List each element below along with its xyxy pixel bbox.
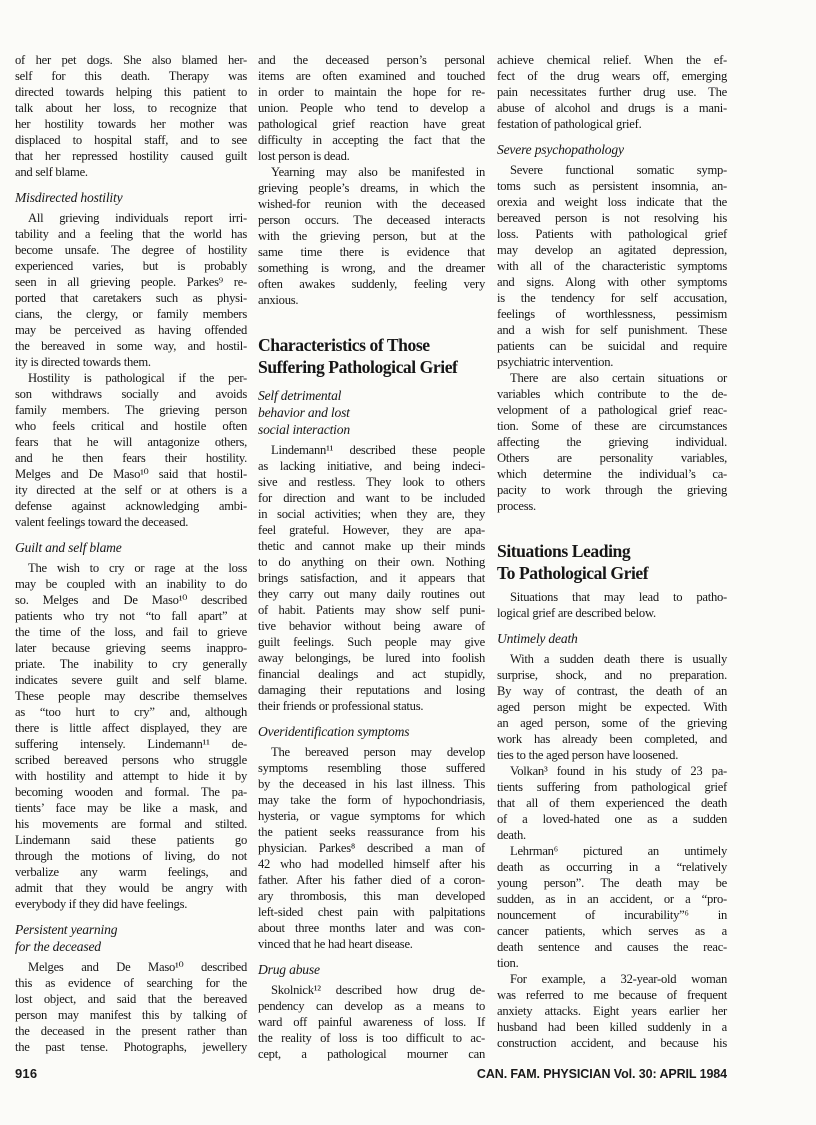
- text-line: person may manifest this by talking of: [15, 1007, 247, 1023]
- text-line: the patient seeks reassurance from his: [258, 824, 485, 840]
- heading-line: Characteristics of Those: [258, 334, 485, 356]
- text-line: Melges and De Maso¹⁰ said that hostil-: [15, 466, 247, 482]
- text-line: tability and a feeling that the world ha…: [15, 226, 247, 242]
- text-line: person occurs. The deceased interacts: [258, 212, 485, 228]
- paragraph: For example, a 32-year-old womanwas refe…: [497, 971, 727, 1051]
- text-line: ported that caretakers such as physi-: [15, 290, 247, 306]
- text-line: death as occurring in a “relatively: [497, 859, 727, 875]
- text-line: The bereaved person may develop: [258, 744, 485, 760]
- text-line: pendency can develop as a means to: [258, 998, 485, 1014]
- text-line: vinced that he had heart disease.: [258, 936, 485, 952]
- paragraph: All grieving individuals report irri-tab…: [15, 210, 247, 370]
- text-line: by the deceased in his last illness. Thi…: [258, 776, 485, 792]
- text-line: tion.: [497, 955, 727, 971]
- text-line: often awakes suddenly, feeling very: [258, 276, 485, 292]
- text-line: in social activities; when they are, the…: [258, 506, 485, 522]
- text-line: fears that he will antagonize others,: [15, 434, 247, 450]
- text-line: as lacking initiative, and being indeci-: [258, 458, 485, 474]
- text-line: By way of contrast, the death of an: [497, 683, 727, 699]
- text-line: death.: [497, 827, 727, 843]
- paragraph: Lehrman⁶ pictured an untimelydeath as oc…: [497, 843, 727, 971]
- text-line: and a wish for self punishment. These: [497, 322, 727, 338]
- paragraph: and the deceased person’s personalitems …: [258, 52, 485, 164]
- text-line: valent feelings toward the deceased.: [15, 514, 247, 530]
- text-line: the bereaved in some way, and hostil-: [15, 338, 247, 354]
- page-footer: 916 CAN. FAM. PHYSICIAN Vol. 30: APRIL 1…: [15, 1066, 727, 1081]
- text-line: nouncement of incurability”⁶ in: [497, 907, 727, 923]
- paragraph: Hostility is pathological if the per-son…: [15, 370, 247, 530]
- text-line: sive and restless. They look to others: [258, 474, 485, 490]
- text-line: grieving people’s dreams, in which the: [258, 180, 485, 196]
- text-line: away belongings, be lured into foolish: [258, 650, 485, 666]
- subheading-line: Overidentification symptoms: [258, 723, 485, 740]
- subheading-line: Guilt and self blame: [15, 539, 247, 556]
- text-line: Others are personality variables,: [497, 450, 727, 466]
- text-line: with the grieving person, but at the: [258, 228, 485, 244]
- text-line: There are also certain situations or: [497, 370, 727, 386]
- text-line: psychiatric intervention.: [497, 354, 727, 370]
- text-line: guilt feelings. Such people may give: [258, 634, 485, 650]
- text-line: items are often examined and touched: [258, 68, 485, 84]
- text-line: with hostility and attempt to hide it by: [15, 768, 247, 784]
- text-line: self for this death. Therapy was: [15, 68, 247, 84]
- text-line: the reality of loss is too difficult to …: [258, 1030, 485, 1046]
- subsection-heading: Persistent yearningfor the deceased: [15, 921, 247, 955]
- text-line: union. People who tend to develop a: [258, 100, 485, 116]
- text-line: may develop an agitated depression,: [497, 242, 727, 258]
- text-line: surprise, shock, and no preparation.: [497, 667, 727, 683]
- text-line: same time there is evidence that: [258, 244, 485, 260]
- text-line: her hostility towards her mother was: [15, 116, 247, 132]
- paragraph: Yearning may also be manifested ingrievi…: [258, 164, 485, 308]
- text-line: process.: [497, 498, 727, 514]
- text-line: may be perceived as having offended: [15, 322, 247, 338]
- text-line: his movements are formal and stilted.: [15, 816, 247, 832]
- subheading-line: Self detrimental: [258, 387, 485, 404]
- text-line: sudden, as in an accident, or a “pro-: [497, 891, 727, 907]
- text-line: damaging their reputations and losing: [258, 682, 485, 698]
- text-line: affecting the grieving individual.: [497, 434, 727, 450]
- text-line: the time of the loss, and fail to grieve: [15, 624, 247, 640]
- text-line: their friends or professional status.: [258, 698, 485, 714]
- text-line: defense against acknowledging ambi-: [15, 498, 247, 514]
- text-line: is the tendency for self accusation,: [497, 290, 727, 306]
- text-line: becoming wooden and formal. The pa-: [15, 784, 247, 800]
- paragraph: achieve chemical relief. When the ef-fec…: [497, 52, 727, 132]
- text-line: cians, the clergy, or family members: [15, 306, 247, 322]
- text-line: they carry out many daily routines out: [258, 586, 485, 602]
- text-line: construction accident, and because his: [497, 1035, 727, 1051]
- text-line: These people may describe themselves: [15, 688, 247, 704]
- text-line: everybody if they did have feelings.: [15, 896, 247, 912]
- text-line: may take the form of hypochondriasis,: [258, 792, 485, 808]
- text-line: ward off painful awareness of loss. If: [258, 1014, 485, 1030]
- heading-line: Situations Leading: [497, 540, 727, 562]
- page-number: 916: [15, 1066, 37, 1081]
- subsection-heading: Severe psychopathology: [497, 141, 727, 158]
- text-line: For example, a 32-year-old woman: [497, 971, 727, 987]
- text-line: work has already been completed, and: [497, 731, 727, 747]
- text-line: that her repressed hostility caused guil…: [15, 148, 247, 164]
- text-line: feel grateful. However, they are apa-: [258, 522, 485, 538]
- text-line: of a loved-hated one as a sudden: [497, 811, 727, 827]
- text-line: the past tense. Photographs, jewellery: [15, 1039, 247, 1055]
- text-line: With a sudden death there is usually: [497, 651, 727, 667]
- paragraph: The wish to cry or rage at the lossmay b…: [15, 560, 247, 912]
- subheading-line: social interaction: [258, 421, 485, 438]
- subheading-line: Misdirected hostility: [15, 189, 247, 206]
- text-line: financial dealings and act stupidly,: [258, 666, 485, 682]
- text-line: and the deceased person’s personal: [258, 52, 485, 68]
- text-line: 42 who had modelled himself after his: [258, 856, 485, 872]
- text-line: may be coupled with an inability to do: [15, 576, 247, 592]
- text-line: variables which contribute to the de-: [497, 386, 727, 402]
- column-left: of her pet dogs. She also blamed her-sel…: [15, 52, 247, 1055]
- text-line: thetic and cannot make up their minds: [258, 538, 485, 554]
- text-line: left-sided chest pain with palpitations: [258, 904, 485, 920]
- text-line: lost person is dead.: [258, 148, 485, 164]
- column-right: achieve chemical relief. When the ef-fec…: [497, 52, 727, 1051]
- text-line: ity is directed towards them.: [15, 354, 247, 370]
- text-line: logical grief are described below.: [497, 605, 727, 621]
- text-line: All grieving individuals report irri-: [15, 210, 247, 226]
- text-line: patients can be suicidal and require: [497, 338, 727, 354]
- subsection-heading: Guilt and self blame: [15, 539, 247, 556]
- text-line: there is little affect displayed, they a…: [15, 720, 247, 736]
- text-line: loss. Patients with pathological grief: [497, 226, 727, 242]
- subheading-line: Severe psychopathology: [497, 141, 727, 158]
- text-line: the deceased in the present rather than: [15, 1023, 247, 1039]
- text-line: and self blame.: [15, 164, 247, 180]
- paragraph: With a sudden death there is usuallysurp…: [497, 651, 727, 763]
- text-line: for direction and want to be included: [258, 490, 485, 506]
- subheading-line: Drug abuse: [258, 961, 485, 978]
- text-line: indicates severe guilt and self blame.: [15, 672, 247, 688]
- text-line: husband had been killed suddenly in a: [497, 1019, 727, 1035]
- text-line: Volkan³ found in his study of 23 pa-: [497, 763, 727, 779]
- text-line: tive behavior without being aware of: [258, 618, 485, 634]
- text-line: velopment of a pathological grief reac-: [497, 402, 727, 418]
- text-line: brings satisfaction, and it appears that: [258, 570, 485, 586]
- subheading-line: for the deceased: [15, 938, 247, 955]
- text-line: physician. Parkes⁸ described a man of: [258, 840, 485, 856]
- text-line: wished-for reunion with the deceased: [258, 196, 485, 212]
- text-line: Lindemann said these patients go: [15, 832, 247, 848]
- text-line: in order to maintain the hope for re-: [258, 84, 485, 100]
- text-line: and signs. Along with other symptoms: [497, 274, 727, 290]
- subsection-heading: Overidentification symptoms: [258, 723, 485, 740]
- text-line: anxious.: [258, 292, 485, 308]
- text-line: through the motions of living, do not: [15, 848, 247, 864]
- paragraph: Volkan³ found in his study of 23 pa-tien…: [497, 763, 727, 843]
- text-line: as “too hurt to cry” and, although: [15, 704, 247, 720]
- text-line: achieve chemical relief. When the ef-: [497, 52, 727, 68]
- text-line: that all of them experienced the death: [497, 795, 727, 811]
- text-line: about three months later and was con-: [258, 920, 485, 936]
- text-line: ity directed at the self or at others is…: [15, 482, 247, 498]
- text-line: so. Melges and De Maso¹⁰ described: [15, 592, 247, 608]
- text-line: experienced varies, but is probably: [15, 258, 247, 274]
- text-line: directed towards helping this patient to: [15, 84, 247, 100]
- text-line: father. After his father died of a coron…: [258, 872, 485, 888]
- text-line: hysteria, or vague symptoms for which: [258, 808, 485, 824]
- text-line: priate. The inability to cry generally: [15, 656, 247, 672]
- journal-article-page: of her pet dogs. She also blamed her-sel…: [0, 0, 816, 1125]
- text-line: anxiety attacks. Eight years earlier her: [497, 1003, 727, 1019]
- text-line: son withdraws socially and avoids: [15, 386, 247, 402]
- text-line: tion. Some of these are circumstances: [497, 418, 727, 434]
- text-line: ties to the aged person have loosened.: [497, 747, 727, 763]
- subsection-heading: Misdirected hostility: [15, 189, 247, 206]
- column-center: and the deceased person’s personalitems …: [258, 52, 485, 1062]
- text-line: death sentence and causes the reac-: [497, 939, 727, 955]
- text-line: lost object, and said that the bereaved: [15, 991, 247, 1007]
- text-line: who feels critical and hostile often: [15, 418, 247, 434]
- text-line: something is wrong, and the dreamer: [258, 260, 485, 276]
- text-line: festation of pathological grief.: [497, 116, 727, 132]
- text-line: Lehrman⁶ pictured an untimely: [497, 843, 727, 859]
- section-heading: Situations LeadingTo Pathological Grief: [497, 540, 727, 584]
- subsection-heading: Drug abuse: [258, 961, 485, 978]
- text-line: young person”. The death may be: [497, 875, 727, 891]
- text-line: talk about her loss, to recognize that: [15, 100, 247, 116]
- text-line: admit that they would be angry with: [15, 880, 247, 896]
- paragraph: Severe functional somatic symp-toms such…: [497, 162, 727, 370]
- text-line: to do anything on their own. Nothing: [258, 554, 485, 570]
- text-line: cept, a pathological mourner can: [258, 1046, 485, 1062]
- text-line: pacity to work through the grieving: [497, 482, 727, 498]
- heading-line: Suffering Pathological Grief: [258, 356, 485, 378]
- journal-citation: CAN. FAM. PHYSICIAN Vol. 30: APRIL 1984: [477, 1067, 727, 1081]
- paragraph: Lindemann¹¹ described these peopleas lac…: [258, 442, 485, 714]
- paragraph: Situations that may lead to patho-logica…: [497, 589, 727, 621]
- text-line: and he then fears their hostility.: [15, 450, 247, 466]
- text-line: pathological grief reaction have great: [258, 116, 485, 132]
- text-line: Situations that may lead to patho-: [497, 589, 727, 605]
- paragraph: Skolnick¹² described how drug de-pendenc…: [258, 982, 485, 1062]
- text-line: cancer patients, which serves as a: [497, 923, 727, 939]
- text-line: later because grieving seems inappro-: [15, 640, 247, 656]
- text-line: patients who try not “to fall apart” at: [15, 608, 247, 624]
- section-heading: Characteristics of ThoseSuffering Pathol…: [258, 334, 485, 378]
- text-line: symptoms resembling those suffered: [258, 760, 485, 776]
- text-line: The wish to cry or rage at the loss: [15, 560, 247, 576]
- text-line: Skolnick¹² described how drug de-: [258, 982, 485, 998]
- subheading-line: Untimely death: [497, 630, 727, 647]
- text-line: tients suffering from pathological grief: [497, 779, 727, 795]
- text-line: feelings of worthlessness, pessimism: [497, 306, 727, 322]
- text-line: Lindemann¹¹ described these people: [258, 442, 485, 458]
- text-line: family members. The grieving person: [15, 402, 247, 418]
- text-line: orexia and weight loss indicate that the: [497, 194, 727, 210]
- text-line: displaced to hospital staff, and to see: [15, 132, 247, 148]
- text-line: ary thrombosis, this man developed: [258, 888, 485, 904]
- text-line: verbalize any warm feelings, and: [15, 864, 247, 880]
- text-line: bereaved person is not resolving his: [497, 210, 727, 226]
- text-line: Severe functional somatic symp-: [497, 162, 727, 178]
- text-line: this as evidence of searching for the: [15, 975, 247, 991]
- subheading-line: Persistent yearning: [15, 921, 247, 938]
- text-line: difficulty in accepting the fact that th…: [258, 132, 485, 148]
- text-line: seen in all grieving people. Parkes⁹ re-: [15, 274, 247, 290]
- text-line: Hostility is pathological if the per-: [15, 370, 247, 386]
- heading-line: To Pathological Grief: [497, 562, 727, 584]
- text-line: of habit. Patients may show self puni-: [258, 602, 485, 618]
- paragraph: Melges and De Maso¹⁰ describedthis as ev…: [15, 959, 247, 1055]
- subheading-line: behavior and lost: [258, 404, 485, 421]
- text-line: aged person might be expected. With: [497, 699, 727, 715]
- text-line: Melges and De Maso¹⁰ described: [15, 959, 247, 975]
- subsection-heading: Self detrimentalbehavior and lostsocial …: [258, 387, 485, 438]
- text-line: tients’ face may be like a mask, and: [15, 800, 247, 816]
- text-line: with all of the characteristic symptoms: [497, 258, 727, 274]
- paragraph: The bereaved person may developsymptoms …: [258, 744, 485, 952]
- text-line: abuse of alcohol and drugs is a mani-: [497, 100, 727, 116]
- text-line: fect of the drug wears off, emerging: [497, 68, 727, 84]
- text-line: pain necessitates further drug use. The: [497, 84, 727, 100]
- subsection-heading: Untimely death: [497, 630, 727, 647]
- text-line: become unsafe. The degree of hostility: [15, 242, 247, 258]
- text-line: which determine the individual’s ca-: [497, 466, 727, 482]
- text-line: an aged person, some of the grieving: [497, 715, 727, 731]
- text-line: toms such as persistent insomnia, an-: [497, 178, 727, 194]
- text-line: Yearning may also be manifested in: [258, 164, 485, 180]
- text-line: scribed bereaved persons who struggle: [15, 752, 247, 768]
- text-line: was referred to me because of frequent: [497, 987, 727, 1003]
- paragraph: There are also certain situations orvari…: [497, 370, 727, 514]
- text-line: suffering intensely. Lindemann¹¹ de-: [15, 736, 247, 752]
- text-line: of her pet dogs. She also blamed her-: [15, 52, 247, 68]
- paragraph: of her pet dogs. She also blamed her-sel…: [15, 52, 247, 180]
